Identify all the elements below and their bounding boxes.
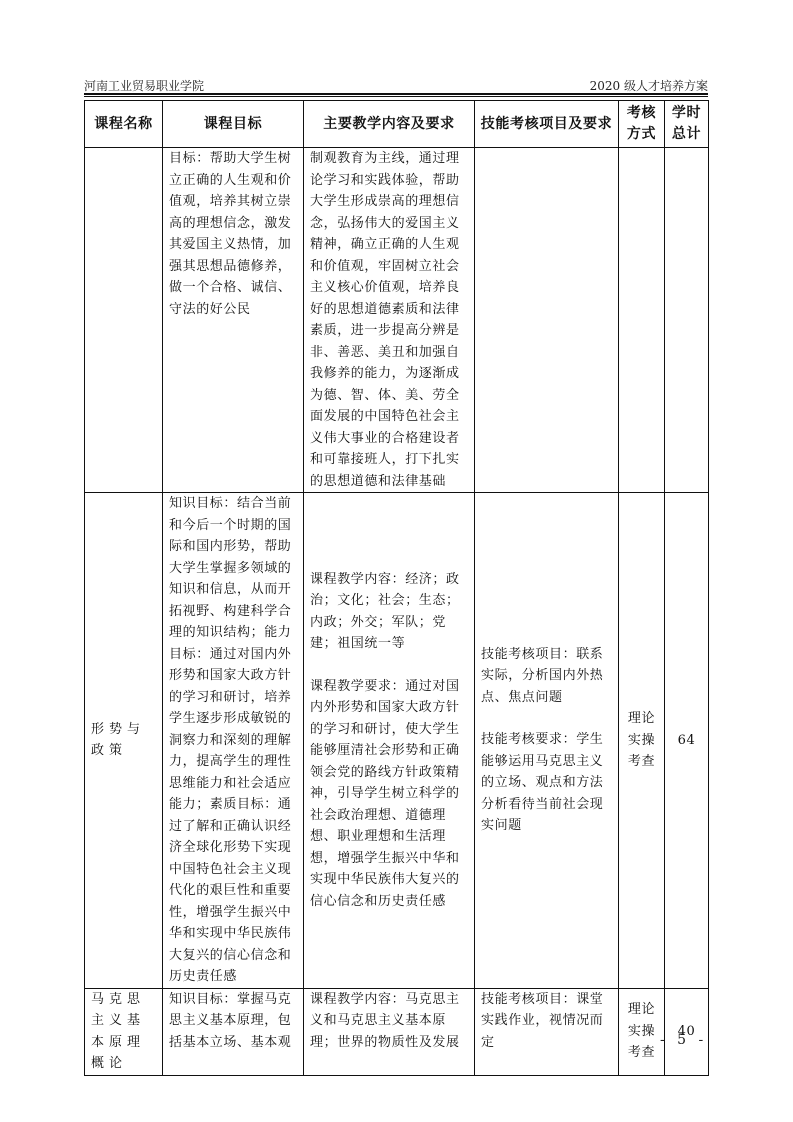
course-goal-cell: 知识目标：结合当前和今后一个时期的国际和国内形势，帮助大学生掌握多领域的知识和信…: [163, 493, 304, 989]
skill-assessment-cell: 技能考核项目：课堂实践作业，视情况而定: [475, 988, 619, 1075]
skill-assessment-cell: [475, 148, 619, 493]
document-title: 2020 级人才培养方案: [590, 77, 708, 94]
skill-item-text: 技能考核项目：联系实际，分析国内外热点、焦点问题: [481, 644, 612, 709]
skill-assessment-cell: 技能考核项目：联系实际，分析国内外热点、焦点问题 技能考核要求：学生能够运用马克…: [475, 493, 619, 989]
header-total-hours: 学时总计: [665, 101, 709, 148]
course-name-cell: [85, 148, 163, 493]
header-teaching-content: 主要教学内容及要求: [304, 101, 475, 148]
assessment-method-cell: [619, 148, 665, 493]
course-name-cell: 马克思主义基本原理概论: [85, 988, 163, 1075]
table-row: 目标：帮助大学生树立正确的人生观和价值观，培养其树立崇高的理想信念，激发其爱国主…: [85, 148, 709, 493]
curriculum-table: 课程名称 课程目标 主要教学内容及要求 技能考核项目及要求 考核方式 学时总计 …: [84, 100, 709, 1076]
header-rule-thick: [84, 93, 708, 95]
table-header-row: 课程名称 课程目标 主要教学内容及要求 技能考核项目及要求 考核方式 学时总计: [85, 101, 709, 148]
teaching-content-cell: 制观教育为主线，通过理论学习和实践体验，帮助大学生形成崇高的理想信念，弘扬伟大的…: [304, 148, 475, 493]
header-skill-assessment: 技能考核项目及要求: [475, 101, 619, 148]
course-goal-cell: 知识目标：掌握马克思主义基本原理，包括基本立场、基本观: [163, 988, 304, 1075]
header-rule-thin: [84, 96, 708, 97]
assessment-method-cell: 理论实操考查: [619, 988, 665, 1075]
course-name-cell: 形势与政策: [85, 493, 163, 989]
teaching-requirement-text: 课程教学要求：通过对国内外形势和国家大政方针的学习和研讨，使大学生能够厘清社会形…: [310, 676, 468, 913]
teaching-content-cell: 课程教学内容：马克思主义和马克思主义基本原理；世界的物质性及发展: [304, 988, 475, 1075]
table-row: 形势与政策 知识目标：结合当前和今后一个时期的国际和国内形势，帮助大学生掌握多领…: [85, 493, 709, 989]
total-hours-cell: 64: [665, 493, 709, 989]
assessment-method-cell: 理论实操考查: [619, 493, 665, 989]
teaching-content-cell: 课程教学内容：经济；政治；文化；社会；生态；内政；外交；军队；党建；祖国统一等 …: [304, 493, 475, 989]
institution-name: 河南工业贸易职业学院: [84, 77, 204, 94]
header-course-name: 课程名称: [85, 101, 163, 148]
teaching-content-text: 课程教学内容：经济；政治；文化；社会；生态；内政；外交；军队；党建；祖国统一等: [310, 569, 468, 655]
table-row: 马克思主义基本原理概论 知识目标：掌握马克思主义基本原理，包括基本立场、基本观 …: [85, 988, 709, 1075]
header-course-goal: 课程目标: [163, 101, 304, 148]
page-number: - 5 -: [660, 1032, 707, 1048]
skill-requirement-text: 技能考核要求：学生能够运用马克思主义的立场、观点和方法分析看待当前社会现实问题: [481, 729, 612, 837]
page-header: 河南工业贸易职业学院 2020 级人才培养方案: [84, 75, 708, 93]
course-goal-cell: 目标：帮助大学生树立正确的人生观和价值观，培养其树立崇高的理想信念，激发其爱国主…: [163, 148, 304, 493]
total-hours-cell: [665, 148, 709, 493]
header-assessment-method: 考核方式: [619, 101, 665, 148]
